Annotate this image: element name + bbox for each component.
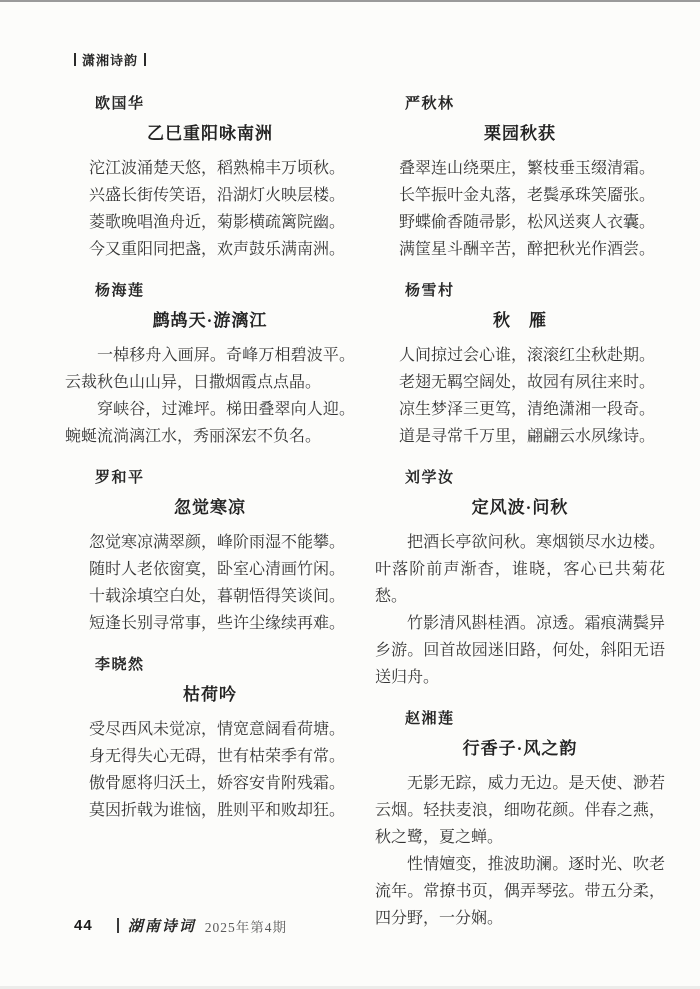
verse-line: 菱歌晚唱渔舟近，菊影横疏篱院幽。 xyxy=(65,209,355,236)
verse-line: 长竿振叶金丸落，老鬓承珠笑靥张。 xyxy=(375,182,665,209)
poem-block: 李晓然 枯荷吟 受尽西风未觉凉，情宽意阔看荷塘。 身无得失心无碍，世有枯荣季有常… xyxy=(65,657,355,824)
header-right-bar-icon xyxy=(144,53,146,66)
header-left-bar-icon xyxy=(74,53,76,66)
journal-name: 湖南诗词 xyxy=(128,915,196,936)
ci-stanza: 把酒长亭欲问秋。寒烟锁尽水边楼。叶落阶前声渐杳，谁晓，客心已共菊花愁。 xyxy=(375,529,665,610)
poem-author: 赵湘莲 xyxy=(375,711,665,726)
poem-title: 行香子·风之韵 xyxy=(375,740,665,757)
ci-stanza: 一棹移舟入画屏。奇峰万相碧波平。云裁秋色山山异，日撒烟霞点点晶。 xyxy=(65,342,355,396)
poem-block: 刘学汝 定风波·问秋 把酒长亭欲问秋。寒烟锁尽水边楼。叶落阶前声渐杳，谁晓，客心… xyxy=(375,470,665,691)
poem-title: 定风波·问秋 xyxy=(375,499,665,516)
ci-stanza: 竹影清风斟桂酒。凉透。霜痕满鬓异乡游。回首故园迷旧路，何处，斜阳无语送归舟。 xyxy=(375,610,665,691)
verse-line: 忽觉寒凉满翠颜，峰阶雨湿不能攀。 xyxy=(65,529,355,556)
poem-block: 杨海莲 鹧鸪天·游漓江 一棹移舟入画屏。奇峰万相碧波平。云裁秋色山山异，日撒烟霞… xyxy=(65,283,355,450)
section-header: 潇湘诗韵 xyxy=(74,50,146,69)
scan-top-edge xyxy=(0,0,700,2)
verse-line: 道是寻常千万里，翩翩云水夙缘诗。 xyxy=(375,423,665,450)
poem-author: 李晓然 xyxy=(65,657,355,672)
verse-line: 野蝶偷香随帚影，松风送爽人衣囊。 xyxy=(375,209,665,236)
poem-title: 秋 雁 xyxy=(375,312,665,329)
poem-title: 鹧鸪天·游漓江 xyxy=(65,312,355,329)
poem-block: 杨雪村 秋 雁 人间掠过会心谁，滚滚红尘秋赴期。 老翅无羁空阔处，故园有夙往来时… xyxy=(375,283,665,450)
left-column: 欧国华 乙巳重阳咏南洲 沱江波涌楚天悠，稻熟棉丰万顷秋。 兴盛长街传笑语，沿湖灯… xyxy=(65,96,355,952)
ci-stanza: 穿峡谷，过滩坪。梯田叠翠向人迎。蜿蜒流淌漓江水，秀丽深宏不负名。 xyxy=(65,396,355,450)
poem-author: 刘学汝 xyxy=(375,470,665,485)
verse-line: 沱江波涌楚天悠，稻熟棉丰万顷秋。 xyxy=(65,155,355,182)
ci-stanza: 无影无踪，威力无边。是天使、渺若云烟。轻扶麦浪，细吻花颜。伴春之燕，秋之鹭，夏之… xyxy=(375,770,665,851)
right-column: 严秋林 栗园秋获 叠翠连山绕栗庄，繁枝垂玉缀清霜。 长竿振叶金丸落，老鬓承珠笑靥… xyxy=(375,96,665,952)
verse-line: 莫因折戟为谁恼，胜则平和败却狂。 xyxy=(65,797,355,824)
poem-block: 赵湘莲 行香子·风之韵 无影无踪，威力无边。是天使、渺若云烟。轻扶麦浪，细吻花颜… xyxy=(375,711,665,932)
verse-line: 受尽西风未觉凉，情宽意阔看荷塘。 xyxy=(65,716,355,743)
poem-title: 忽觉寒凉 xyxy=(65,499,355,516)
issue-label: 2025年第4期 xyxy=(205,916,287,936)
section-title: 潇湘诗韵 xyxy=(82,50,138,69)
poem-block: 严秋林 栗园秋获 叠翠连山绕栗庄，繁枝垂玉缀清霜。 长竿振叶金丸落，老鬓承珠笑靥… xyxy=(375,96,665,263)
verse-line: 人间掠过会心谁，滚滚红尘秋赴期。 xyxy=(375,342,665,369)
verse-line: 身无得失心无碍，世有枯荣季有常。 xyxy=(65,743,355,770)
poem-title: 乙巳重阳咏南洲 xyxy=(65,125,355,142)
verse-line: 满筐星斗酬辛苦，醉把秋光作酒尝。 xyxy=(375,236,665,263)
poem-author: 欧国华 xyxy=(65,96,355,111)
poem-block: 罗和平 忽觉寒凉 忽觉寒凉满翠颜，峰阶雨湿不能攀。 随时人老依窗寞，卧室心清画竹… xyxy=(65,470,355,637)
footer-bar-icon xyxy=(117,918,119,933)
poem-title: 栗园秋获 xyxy=(375,125,665,142)
page-content: 欧国华 乙巳重阳咏南洲 沱江波涌楚天悠，稻熟棉丰万顷秋。 兴盛长街传笑语，沿湖灯… xyxy=(65,96,665,952)
page-footer: 44 湖南诗词 2025年第4期 xyxy=(74,915,287,936)
verse-line: 老翅无羁空阔处，故园有夙往来时。 xyxy=(375,369,665,396)
verse-line: 随时人老依窗寞，卧室心清画竹闲。 xyxy=(65,556,355,583)
poem-author: 罗和平 xyxy=(65,470,355,485)
verse-line: 叠翠连山绕栗庄，繁枝垂玉缀清霜。 xyxy=(375,155,665,182)
poem-author: 杨海莲 xyxy=(65,283,355,298)
verse-line: 短逢长别寻常事，些许尘缘续再难。 xyxy=(65,610,355,637)
poem-title: 枯荷吟 xyxy=(65,686,355,703)
verse-line: 傲骨愿将归沃土，娇容安肯附残霜。 xyxy=(65,770,355,797)
poem-author: 严秋林 xyxy=(375,96,665,111)
verse-line: 兴盛长街传笑语，沿湖灯火映层楼。 xyxy=(65,182,355,209)
ci-stanza: 性情嬗变，推波助澜。逐时光、吹老流年。常撩书页，偶弄琴弦。带五分柔，四分野，一分… xyxy=(375,851,665,932)
page-number: 44 xyxy=(74,917,93,934)
verse-line: 十载涂填空白处，暮朝悟得笑谈间。 xyxy=(65,583,355,610)
poem-author: 杨雪村 xyxy=(375,283,665,298)
verse-line: 凉生梦泽三更笃，清绝潇湘一段奇。 xyxy=(375,396,665,423)
poem-block: 欧国华 乙巳重阳咏南洲 沱江波涌楚天悠，稻熟棉丰万顷秋。 兴盛长街传笑语，沿湖灯… xyxy=(65,96,355,263)
verse-line: 今又重阳同把盏，欢声鼓乐满南洲。 xyxy=(65,236,355,263)
magazine-page: 潇湘诗韵 欧国华 乙巳重阳咏南洲 沱江波涌楚天悠，稻熟棉丰万顷秋。 兴盛长街传笑… xyxy=(0,0,700,989)
